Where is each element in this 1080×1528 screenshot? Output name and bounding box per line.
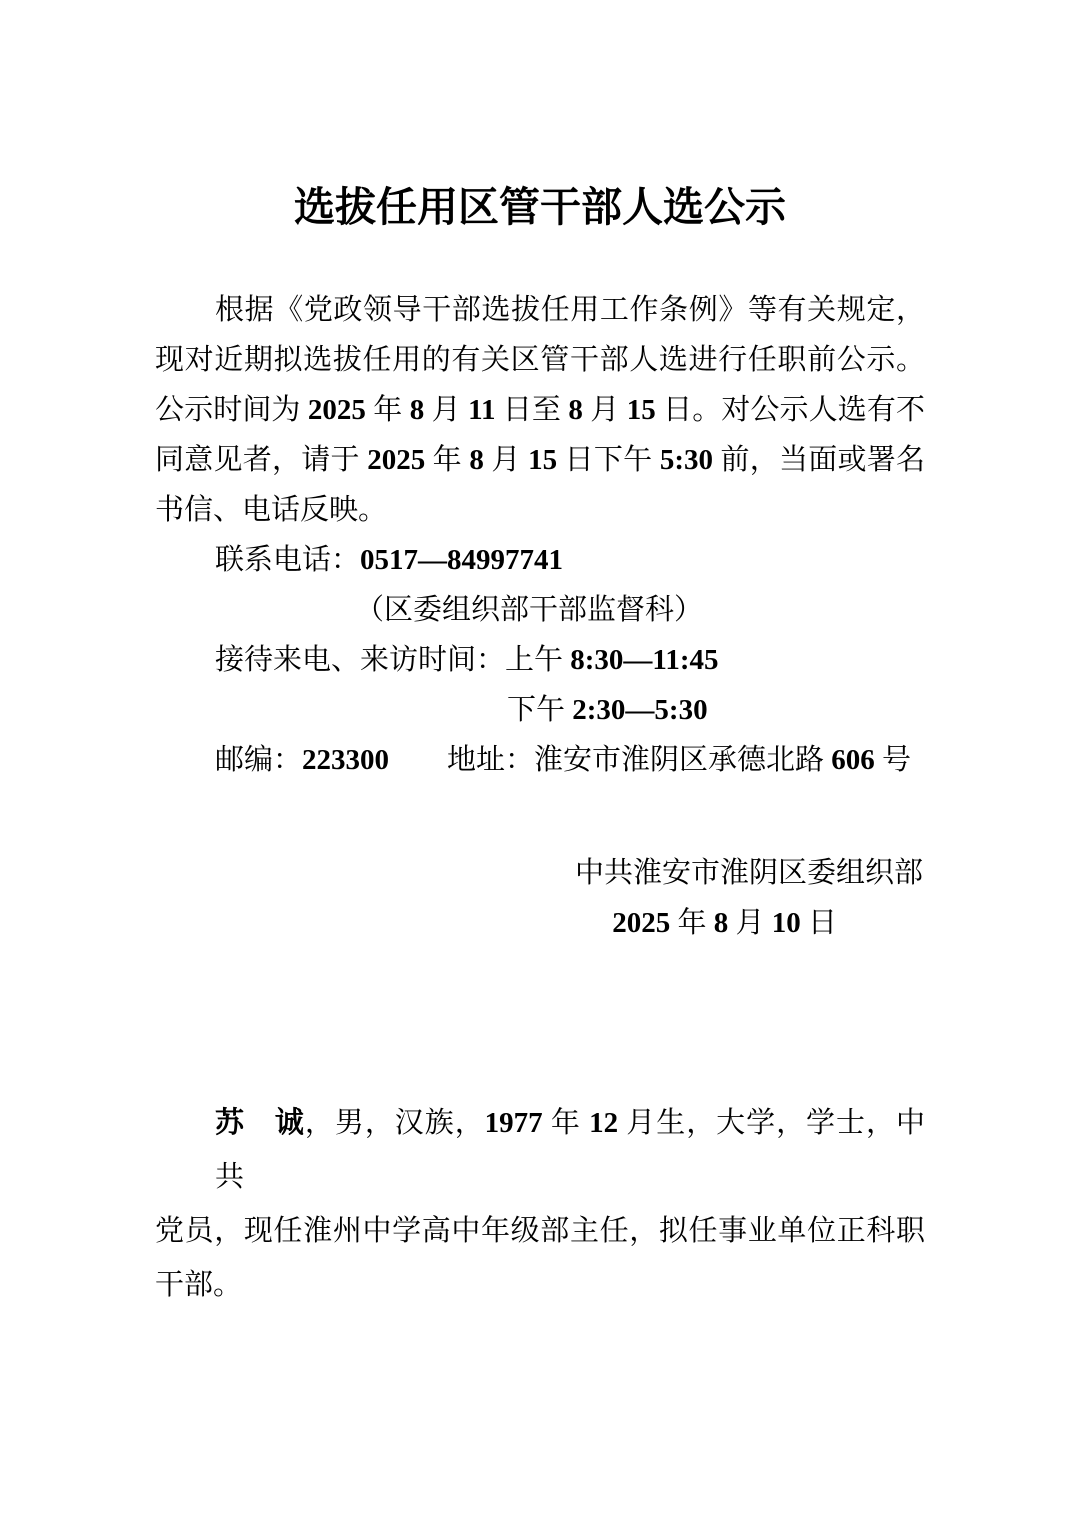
text-segment: 日下午 — [557, 444, 660, 476]
contact-hours-pm-line: 下午 2:30—5:30 — [155, 685, 925, 735]
text-segment: 月 — [484, 444, 528, 476]
contact-hours-am-line: 接待来电、来访时间：上午 8:30—11:45 — [155, 635, 925, 685]
paragraph-line-3: 公示时间为 2025 年 8 月 11 日至 8 月 15 日。对公示人选有不 — [155, 385, 925, 435]
text-segment: 5:30 — [660, 444, 713, 476]
text-segment: 党员，现任淮州中学高中年级部主任，拟任事业单位正科职 — [155, 1215, 925, 1247]
text-segment: 15 — [627, 394, 656, 426]
text-segment: 前，当面或署名 — [713, 444, 925, 476]
bio-line-3: 干部。 — [155, 1258, 925, 1312]
paragraph-line-1: 根据《党政领导干部选拔任用工作条例》等有关规定， — [155, 285, 925, 335]
text-segment: 223300 — [302, 744, 389, 776]
contact-phone-line: 联系电话：0517—84997741 — [155, 535, 925, 585]
text-segment: 苏 诚 — [215, 1107, 305, 1139]
body-text: 根据《党政领导干部选拔任用工作条例》等有关规定， 现对近期拟选拔任用的有关区管干… — [155, 285, 925, 785]
text-segment: 1977 — [485, 1107, 543, 1139]
bio-line-1: 苏 诚，男，汉族，1977 年 12 月生，大学，学士，中共 — [155, 1096, 925, 1204]
text-segment: 8 — [714, 907, 729, 939]
contact-postal-address-line: 邮编：223300 地址：淮安市淮阴区承德北路 606 号 — [155, 735, 925, 785]
text-segment: 月 — [583, 394, 627, 426]
text-segment: 邮编： — [215, 744, 302, 776]
text-segment: 8 — [568, 394, 583, 426]
document-page: 选拔任用区管干部人选公示 根据《党政领导干部选拔任用工作条例》等有关规定， 现对… — [0, 0, 1080, 1528]
text-segment: 年 — [366, 394, 410, 426]
text-segment: 中共淮安市淮阴区委组织部 — [575, 857, 923, 889]
text-segment: 10 — [772, 907, 801, 939]
text-segment: 月 — [424, 394, 468, 426]
paragraph-line-5: 书信、电话反映。 — [155, 485, 925, 535]
text-segment: 号 — [875, 744, 911, 776]
text-segment: 下午 — [507, 694, 572, 726]
text-segment: 接待来电、来访时间：上午 — [215, 644, 570, 676]
text-segment: 日至 — [495, 394, 568, 426]
text-segment: 2025 — [367, 444, 425, 476]
text-segment: 2025 — [308, 394, 366, 426]
text-segment: 月 — [728, 907, 772, 939]
text-segment: 年 — [670, 907, 714, 939]
bio-line-2: 党员，现任淮州中学高中年级部主任，拟任事业单位正科职 — [155, 1204, 925, 1258]
text-segment: 11 — [468, 394, 495, 426]
text-segment: 现对近期拟选拔任用的有关区管干部人选进行任职前公示。 — [155, 344, 925, 376]
text-segment: 12 — [589, 1107, 618, 1139]
text-segment: 日。对公示人选有不 — [656, 394, 925, 426]
text-segment: 日 — [801, 907, 837, 939]
text-segment: 2025 — [612, 907, 670, 939]
text-segment: 8:30—11:45 — [570, 644, 718, 676]
paragraph-line-2: 现对近期拟选拔任用的有关区管干部人选进行任职前公示。 — [155, 335, 925, 385]
text-segment: 年 — [543, 1107, 589, 1139]
text-segment: （区委组织部干部监督科） — [355, 594, 703, 626]
signature-organization: 中共淮安市淮阴区委组织部 — [155, 848, 925, 898]
text-segment: 0517—84997741 — [360, 544, 563, 576]
signature-block: 中共淮安市淮阴区委组织部 2025 年 8 月 10 日 — [155, 848, 925, 948]
text-segment: 8 — [469, 444, 484, 476]
signature-date: 2025 年 8 月 10 日 — [155, 898, 925, 948]
text-segment: 根据《党政领导干部选拔任用工作条例》等有关规定， — [215, 294, 925, 326]
text-segment: 同意见者，请于 — [155, 444, 367, 476]
text-segment: 书信、电话反映。 — [155, 494, 387, 526]
text-segment: 联系电话： — [215, 544, 360, 576]
text-segment: 15 — [528, 444, 557, 476]
text-segment: 8 — [410, 394, 425, 426]
text-segment: 公示时间为 — [155, 394, 308, 426]
text-segment: 干部。 — [155, 1269, 242, 1301]
document-title: 选拔任用区管干部人选公示 — [0, 180, 1080, 234]
candidate-bio: 苏 诚，男，汉族，1977 年 12 月生，大学，学士，中共 党员，现任淮州中学… — [155, 1096, 925, 1312]
text-segment: 年 — [425, 444, 469, 476]
text-segment: 地址：淮安市淮阴区承德北路 — [389, 744, 831, 776]
contact-department-line: （区委组织部干部监督科） — [155, 585, 925, 635]
paragraph-line-4: 同意见者，请于 2025 年 8 月 15 日下午 5:30 前，当面或署名 — [155, 435, 925, 485]
text-segment: ，男，汉族， — [305, 1107, 485, 1139]
text-segment: 606 — [831, 744, 875, 776]
text-segment: 2:30—5:30 — [572, 694, 707, 726]
